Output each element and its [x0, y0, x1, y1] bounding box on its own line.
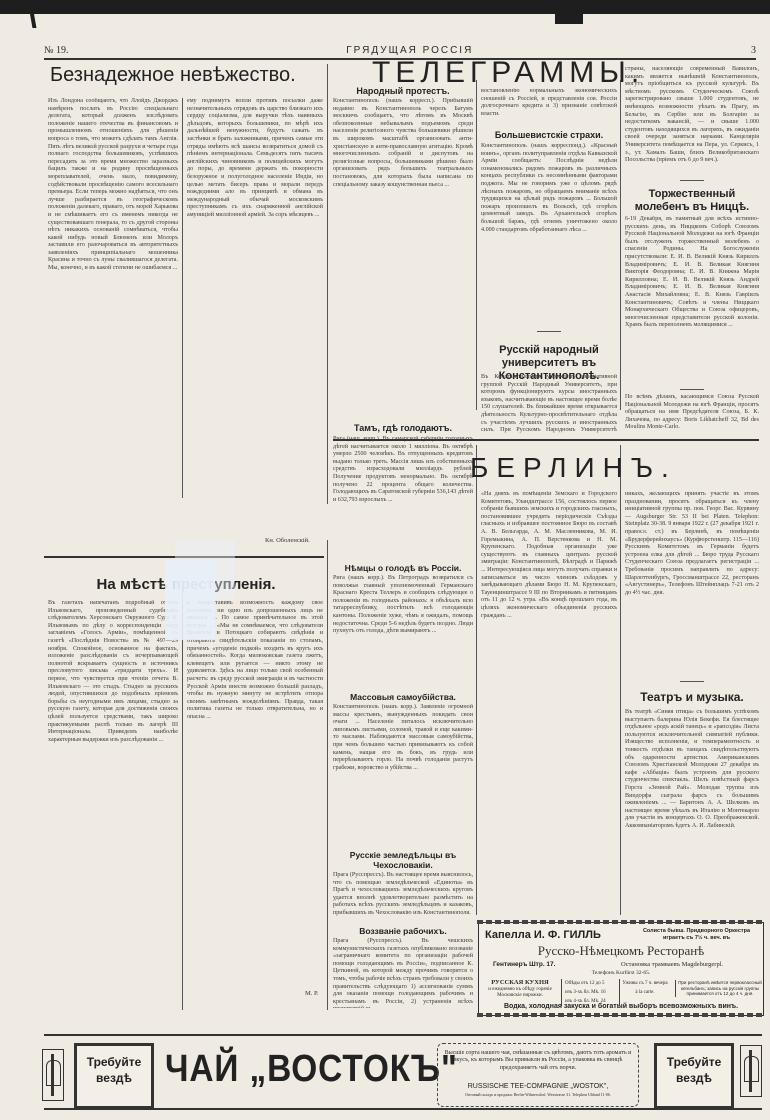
section-title-telegrams: ТЕЛЕГРАММЫ.	[372, 56, 644, 90]
section-rule	[44, 1034, 762, 1036]
ornament-icon	[42, 1049, 64, 1101]
ad-side-note: При ресторанѣ имѣется первоклассный кеге…	[675, 980, 762, 997]
section-title-berlin: БЕРЛИНЪ.	[470, 452, 677, 484]
article-title-ignorance: Безнадежное невѣжество.	[50, 64, 296, 87]
telegram-text-germans: Рига (нашъ корр.). Въ Петроградъ возврат…	[333, 575, 473, 685]
ad-border-chain	[477, 920, 765, 924]
article-text-crime-col1: Въ газетахъ напечатанъ подробный отчетъ …	[48, 600, 178, 1008]
article-title-theatre: Театръ и музыка.	[625, 690, 759, 704]
ad-tea-demand-left: Требуйте вездѣ	[77, 1054, 151, 1086]
telegram-text-appeal: Прага (Русспрессъ). Въ чешскихъ коммунис…	[333, 938, 473, 1008]
telegram-text-farmers: Прага (Русспрессъ). Въ настоящее время в…	[333, 872, 473, 922]
telegram-title-suicides: Массовыя самоубійства.	[333, 692, 473, 702]
ad-tea-demand-right: Требуйте вездѣ	[657, 1054, 731, 1086]
ad-band-note: Солиста бывш. Придворного Оркестра играе…	[634, 928, 759, 941]
telegram-title-fears: Большевистскіе страхи.	[481, 130, 617, 140]
column-divider	[620, 445, 621, 915]
telegram-text-hunger: Рига (наш. корр.). Въ самарской губерніи…	[333, 436, 473, 556]
page-number: 3	[751, 45, 756, 56]
ornament-icon	[740, 1045, 762, 1097]
telegram-title-germans: Нѣмцы о голодѣ въ Россіи.	[333, 563, 473, 573]
ad-tea-company: RUSSISCHE TEE-COMPAGNIE „WOSTOK",	[438, 1083, 638, 1090]
telegram-text-fears: Константинополь (нашъ корреспонд.). «Кра…	[481, 143, 617, 323]
article-text-crime-col2: а предоставивъ возможность каждому свое …	[187, 600, 323, 985]
telegram-text-continued: востановленію нормальныхъ экономическихъ…	[481, 88, 617, 116]
ad-phone: Телефонъ Kurfürst 32-65.	[479, 970, 763, 976]
ad-tea-warehouse: Оптовый складъ и продажа: Berlin-Wilmers…	[448, 1092, 628, 1097]
section-rule	[44, 1108, 762, 1110]
ad-restaurant-name: Русско-Нѣмецкомъ Ресторанѣ	[479, 943, 763, 959]
ad-border-chain	[477, 1013, 765, 1017]
column-divider	[327, 64, 328, 504]
ad-tea-box-left: Требуйте вездѣ	[74, 1043, 154, 1109]
newspaper-name: ГРЯДУЩАЯ РОССІЯ	[346, 45, 473, 56]
ad-restaurant: Капелла И. Ф. ГИЛЛЬ Солиста бывш. Придво…	[478, 922, 764, 1016]
column-divider	[476, 445, 477, 915]
telegram-text-protest: Константинополь (нашъ корресп.). Прибывш…	[333, 98, 473, 358]
signature-mr: М. Р.	[305, 990, 318, 997]
page-top-edge	[0, 0, 770, 14]
ad-tea-box-right: Требуйте вездѣ	[654, 1043, 734, 1109]
telegram-title-protest: Народный протестъ.	[333, 86, 473, 96]
article-text-university: Въ Константинополѣ учрежденъ иниціативно…	[481, 374, 617, 434]
ad-dinner-carte: à la carte.	[621, 988, 669, 997]
ad-address: Гентинеръ Штр. 17.	[493, 961, 555, 968]
telegram-title-farmers: Русскіе земледѣльцы въ Чехословакіи.	[333, 850, 473, 870]
column-divider	[620, 80, 621, 410]
article-text-berlin-col2: никахъ, желающихъ принять участіе въ это…	[625, 491, 759, 681]
ad-band-name: Капелла И. Ф. ГИЛЛЬ	[485, 929, 601, 941]
ad-lunch-hours: Обѣды отъ 12 до 5	[565, 979, 619, 988]
signature-obolensky: Кн. Оболенскій.	[265, 537, 310, 544]
ad-tram-stop: Остановка трамваевъ Magdeburgerpl.	[621, 961, 723, 968]
issue-number: № 19.	[44, 45, 69, 56]
paper-damage	[175, 540, 235, 600]
ad-dinner-hours: Ужины съ 7 ч. вечера	[621, 979, 669, 988]
section-rule	[333, 439, 759, 441]
article-text-ignorance-col2: ему поднимутъ вопли противъ посылки даже…	[187, 98, 323, 482]
telegram-title-hunger: Тамъ, гдѣ голодаютъ.	[333, 423, 473, 433]
ad-lunch-3: изъ 3-хъ бл. Mk. 16	[565, 988, 619, 997]
separator	[537, 331, 561, 332]
telegram-text-suicides: Константинополь (нашъ корр.). Заявленіе …	[333, 704, 473, 844]
article-title-nice-service: Торжественный молебенъ въ Ниццѣ.	[625, 188, 759, 214]
ad-cuisine-title: РУССКАЯ КУХНЯ	[483, 979, 557, 986]
separator	[680, 681, 704, 682]
separator	[680, 389, 704, 390]
column-divider	[182, 98, 183, 498]
article-text-students: страны, населяющіе современный Вавилонъ,…	[625, 66, 759, 178]
ad-cuisine-note: и ежедневно къ обѣду горячіе Московскіе …	[483, 987, 557, 999]
article-text-nice-contact: По всѣмъ дѣламъ, касающимся Союза Русско…	[625, 394, 759, 434]
ad-footer: Водка, холодная закуска и богатый выборъ…	[479, 1003, 763, 1010]
article-text-berlin-col1: «На дняхъ въ помѣщеніи Земскаго и Городс…	[481, 491, 617, 911]
telegram-title-appeal: Воззваніе рабочихъ.	[333, 926, 473, 936]
article-text-nice-service: 6-19 Декабря, въ памятный для всѣхъ исти…	[625, 216, 759, 386]
article-text-theatre: Въ театрѣ «Синяя птица» съ большимъ успѣ…	[625, 709, 759, 909]
article-text-ignorance-col1: Изъ Лондона сообщаютъ, что Ллойдъ Джордж…	[48, 98, 178, 493]
column-divider	[476, 80, 477, 410]
ad-lunch-prices: Обѣды отъ 12 до 5 изъ 3-хъ бл. Mk. 16 из…	[561, 979, 620, 1006]
ad-tea-description: Высшіе сорта нашего чая, смѣшанные съ цв…	[444, 1050, 632, 1072]
column-divider	[327, 540, 328, 1010]
column-divider	[182, 580, 183, 1010]
ad-tea-brand: ЧАЙ „ВОСТОКЪ"	[165, 1048, 458, 1091]
ad-dinner: Ужины съ 7 ч. вечера à la carte.	[621, 979, 669, 997]
separator	[680, 180, 704, 181]
ad-tea-description-box: Высшіе сорта нашего чая, смѣшанные съ цв…	[437, 1043, 639, 1107]
